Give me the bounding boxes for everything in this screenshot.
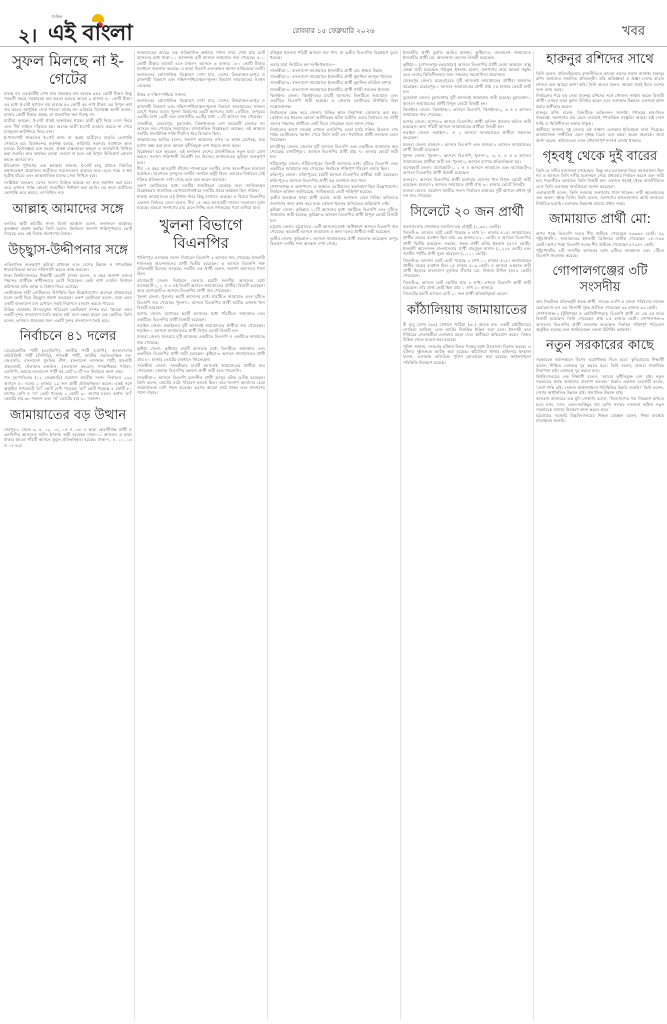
article-paragraph: পুলিশ জানায়, সংঘর্ষের ঘটনায় উভয় পক্ষে…: [403, 344, 531, 365]
column-2: জামায়াতের জয়ের এক ঐতিহাসিক অধ্যায়। গণ…: [137, 50, 265, 1020]
article-paragraph: নির্বাচনের পরে বড় নেতা হারুনুর রশিদের স…: [536, 93, 664, 109]
article-paragraph: যশোর জেলা: যশোরের ছয়টি আসনের মধ্যে পাঁচ…: [137, 311, 265, 322]
article-paragraph: নির্বাচনকে কেন্দ্র করে জেলার বিভিন্ন স্থ…: [270, 110, 398, 126]
article-paragraph: রফিকুল ইসলাম পাঁচটি আসনে জয় পান, যা তৃত…: [270, 50, 398, 61]
article-headline: নতুন সরকারের কাছে: [536, 338, 664, 354]
article-paragraph: ভোটকেন্দ্রে নারী ভোটারদের উপস্থিতি ছিল উ…: [4, 290, 132, 306]
article-paragraph: জামায়াতের জয়ের এক ঐতিহাসিক অধ্যায়। গণ…: [137, 50, 265, 71]
article-paragraph: তৃতীয় অবস্থানে থাকা প্রার্থী বলেন, আমি …: [270, 195, 398, 206]
article-paragraph: সাতক্ষীরা-২ আসনে বিএনপি মনোনীত প্রার্থী …: [137, 375, 265, 396]
dateline: রোববার ১৫ ফেব্রুয়ারি ২০২৬: [0, 25, 667, 37]
article-paragraph: গোপালগঞ্জ ও আশপাশে: এ অঞ্চলে ভোটারদের অং…: [270, 184, 398, 195]
article-paragraph: মাগুরা জেলা: মাগুরার দুটি আসনের একটিতে ব…: [137, 334, 265, 345]
article-paragraph: ইসলামীর প্রার্থী মুফতি আমির হামজা, কুষ্ট…: [403, 50, 531, 61]
article-paragraph: সাতক্ষীরা, মেহেরপুর, চুয়াডাঙ্গা, ঝিনাইদ…: [137, 121, 265, 137]
article-paragraph: নড়াইল জেলা: নড়াইল-১ ও ২ আসনে জামায়াতে…: [403, 130, 531, 141]
article-paragraph: সাতক্ষীরা জেলা: সাতক্ষীরার চারটি আসনেই জ…: [137, 363, 265, 374]
article-headline: উচ্ছ্বাস-উদ্দীপনার সঙ্গে: [4, 243, 132, 259]
article-paragraph: সিলেট-৪: আসনে মোট ভোট পড়েছে ৪ লাখ ৭০ হা…: [403, 230, 531, 256]
article-paragraph: জামায়াতের আমির বলেন, জনগণ আমাদের ওপর যে…: [137, 137, 265, 148]
article-paragraph: বলতির স্থায়ী কমিটির সদস্য মির্জা আব্বাস…: [4, 221, 132, 237]
article-paragraph: সংশ্লিষ্টরা বলছেন, যেসব সমস্যা চিহ্নিত হ…: [4, 180, 132, 196]
article-paragraph: মাগুরা জেলা: মাগুরা-১ আসনে বিএনপি এবং মা…: [403, 142, 531, 153]
article-paragraph: সরকারকে কর্মসংস্থানে বিশেষ অগ্রাধিকার দি…: [536, 357, 664, 373]
article-headline: খুলনা বিভাগে বিএনপির: [137, 216, 265, 252]
article-paragraph: যাচ্ছে না। এরকমটিই দেখা যায় প্রকল্পের ব…: [4, 91, 132, 117]
article-paragraph: চট্টগ্রাম জেলা: চট্টগ্রামের ১৬টি আসনের ম…: [270, 224, 398, 235]
article-headline: কাঁঠালিয়ায় জামায়াতের: [403, 303, 531, 319]
article-paragraph: পটুয়াখালীর ৪টি সংসদীয় আসনের মধ্যে ৩টিত…: [536, 248, 664, 259]
article-paragraph: ঝিনাইদহ জেলা: ঝিনাইদহের চারটি আসনের তিনট…: [270, 93, 398, 109]
article-paragraph: সাতক্ষীরা-৩: বাংলাদেশ জামায়াতে ইসলামীর …: [270, 80, 398, 85]
article-paragraph: বিভিন্ন এলাকায় উৎসবমুখর পরিবেশে ভোটগ্রহ…: [4, 307, 132, 323]
article-paragraph: দীর্ঘ ১৫ বছর আওয়ামী লীগের শাসনামলে দলটি…: [137, 166, 265, 182]
article-paragraph: কাওরান বাজারের এক মুদি দোকানি বলেন, 'নিত…: [536, 396, 664, 412]
article-paragraph: ই-পাসপোর্ট থাকলেও ই-গেট কাজ না করায় যাত…: [4, 135, 132, 161]
article-paragraph: এবার যারা নির্বাচিত হন সংক্ষিপ্তভাবে—: [270, 62, 398, 67]
article-paragraph: শরীয়তপুর জেলা: শরীয়তপুরের তিনটি আসনের …: [270, 161, 398, 172]
article-headline: গোপালগঞ্জের ৩টি সংসদীয়: [536, 264, 664, 296]
article-headline: সিলেটে ২০ জন প্রার্থী: [403, 205, 531, 221]
article-paragraph: গোপালগঞ্জ-২ (টুঙ্গিপাড়া ও কোটালীপাড়া):…: [536, 311, 664, 332]
article-paragraph: ফরিদপুর জেলা: ফরিদপুরের চারটি আসনে বিএনপ…: [270, 172, 398, 183]
article-headline: হারুনুর রশিদের সাথে: [536, 52, 664, 68]
article-paragraph: চুয়াডাঙ্গা জেলা: চুয়াডাঙ্গার দুটি আসনে…: [403, 95, 531, 106]
article-paragraph: যাত্রীরা বলছেন, ই-গেট প্রায়ই অকার্যকর থ…: [4, 118, 132, 134]
article-paragraph: যশোর জেলা: যশোর-৩ আসনে বিএনপির প্রার্থী …: [403, 119, 531, 130]
section-name: খবর: [622, 22, 645, 43]
article-paragraph: তৃতীয় জেলা: কুড়িগ্রাম-১ আসনে জামায়াতে…: [270, 236, 398, 247]
column-5: হারুনুর রশিদের সাথেতিনি বলেন, প্রতিদ্বন্…: [536, 50, 664, 1020]
article-paragraph: বিশ্ববিদ্যালয়ের এক শিক্ষার্থী বলেন, 'আম…: [536, 374, 664, 395]
column-4: ইসলামীর প্রার্থী মুফতি আমির হামজা, কুষ্ট…: [403, 50, 531, 1020]
article-headline: জামায়াত প্রার্থী মো:: [536, 212, 664, 228]
article-paragraph: সাতক্ষীরা-২: বাংলাদেশ জামায়াতে ইসলামীর …: [270, 74, 398, 79]
article-paragraph: চট্টগ্রামের সরকারি উচ্চবিদ্যালয়ের শিক্ষ…: [536, 413, 664, 424]
article-paragraph: মাগুরা জেলা: ত্রয়োদশ জাতীয় সংসদ নির্বা…: [403, 188, 531, 199]
column-3: রফিকুল ইসলাম পাঁচটি আসনে জয় পান, যা তৃত…: [270, 50, 398, 1020]
article-paragraph: সাতক্ষীরা-৪: বাংলাদেশ জামায়াতে ইসলামীর …: [270, 87, 398, 92]
article-paragraph: এলাকাবাসী বলেন, তিনি সবসময় জনগণের পাশে …: [536, 190, 664, 206]
article-paragraph: খালিশপুর এলাকায় সংসদ নির্বাচনে বিএনপি ৩…: [137, 255, 265, 276]
article-paragraph: ডেমোক্রেটিক পার্টি (এলডিপি), জাতীয় পার্…: [4, 348, 132, 374]
article-paragraph: ইমিগ্রেশন পুলিশের এক কর্মকর্তা জানান, ই-…: [4, 163, 132, 179]
article-paragraph: হারুনুর রশিদ বলেন, বিজয়ীকে অভিনন্দন জান…: [536, 110, 664, 126]
article-paragraph: কুমিল্লা জেলা: কুমিল্লার ১১টি আসনের মধ্য…: [270, 207, 398, 223]
article-paragraph: মাগুরা-১ আসনে বিএনপির প্রার্থী মনোয়ার হ…: [403, 177, 531, 188]
article-paragraph: ঝিনাইদহ জেলা: ঝিনাইদহ-১ আসনে বিএনপি, ঝিন…: [403, 107, 531, 118]
article-paragraph: ফলাফলের ভৌগোলিক বিশ্লেষণে দেখা যায়, দেশ…: [137, 72, 265, 88]
article-paragraph: এতিহাসিক গুরুত্বপূর্ণ ভূমিকা রাখবেন এবং …: [4, 262, 132, 273]
article-paragraph: গত বৃহস্পতিবার (১২ ফেব্রুয়ারি) ত্রয়োদশ…: [4, 375, 132, 401]
article-headline: আল্লাহ আমাদের সঙ্গে: [4, 202, 132, 218]
article-paragraph: খুলনা জেলা: খুলনা-১ আসনে বিএনপি, খুলনা-২…: [403, 153, 531, 164]
article-paragraph: সিলেটের ছয়টি আসনে মোট ২০ জন প্রার্থী প্…: [403, 291, 531, 296]
article-headline: নির্বাচনে ৪১ দলের: [4, 329, 132, 345]
article-paragraph: অপর পক্ষে বিএনপি দলের শীষ প্রতীকে পেয়েছ…: [536, 231, 664, 247]
article-paragraph: কুষ্টিয়া-১ (দৌলতপুর-ভেড়ামারা) আসনে বিএ…: [403, 62, 531, 78]
article-headline: গৃহবধূ থেকে দুই বারের: [536, 149, 664, 165]
article-paragraph: উত্তর ও দক্ষিণ-পশ্চিমে সাফল্য: [137, 92, 265, 97]
article-paragraph: স্থানীয়রা জানান, দুই নেতার এই সাক্ষাৎ এ…: [536, 127, 664, 143]
article-paragraph: সিলেট-৬: আসনে মোট ভোটার প্রায় ৪ লাখ। এখ…: [403, 280, 531, 291]
masthead: ২। দৈনিক এই বাংলা রোববার ১৫ ফেব্রুয়ারি …: [0, 0, 667, 47]
article-paragraph: মেহেরপুর জেলা: মেহেরপুরের দুটি আসনেই জাম…: [403, 78, 531, 94]
column-divider: [533, 50, 534, 1020]
article-headline: জামায়াতের বড় উত্থান: [4, 408, 132, 424]
article-paragraph: মাদারীপুর জেলা: জেলার দুটি আসনে বিএনপি এ…: [270, 144, 398, 160]
column-divider: [400, 50, 401, 1020]
article-paragraph: শেরপুর-১ থেকে ৩, ৫, ১২, ১৪, ১৫ ও ১৬। এ ছ…: [4, 427, 132, 448]
article-paragraph: খুলনা জেলা: খুলনার ছয়টি আসনের মধ্যে চার…: [137, 294, 265, 310]
column-1: সুফল মিলছে না ই-গেটেরযাচ্ছে না। এরকমটিই …: [4, 50, 132, 1020]
column-divider: [134, 50, 135, 1020]
article-paragraph: ফলাফলের ভৌগোলিক বিশ্লেষণে দেখা যায়, দেশ…: [137, 98, 265, 119]
article-paragraph: বাংলাদেশের খেলাফত মজলিস হক চৌধুরী (১,৩৯১…: [403, 224, 531, 229]
article-paragraph: নির্বাচনের আগে থেকেই এখানে এনসিপির নেতা …: [270, 127, 398, 143]
article-paragraph: নড়াইল জেলা: নড়াইলের দুটি আসনেই জামায়া…: [137, 323, 265, 334]
article-paragraph: সিলেট-৫: আসনে মোট ভোট পড়েছে ২ লাখ ১১ হা…: [403, 258, 531, 279]
article-paragraph: ঢাকায় জামায়াতের এই উত্থান নিয়ে কিছু ব…: [137, 194, 265, 210]
article-paragraph: ঢাকা বিশ্ববিদ্যালয়ের শিক্ষার্থী মেহেদী …: [4, 273, 132, 289]
article-paragraph: বিশ্লেষকরা মনে করছেন, এই ফলাফল দেশের রাজ…: [137, 149, 265, 165]
article-paragraph: তার নিকটতম প্রতিদ্বন্দ্বী স্বতন্ত্র প্রা…: [536, 299, 664, 310]
column-divider: [267, 50, 268, 1020]
article-paragraph: তিনি যে দলীয় মনোনয়ন পেয়েছেন, কিন্তু ত…: [536, 168, 664, 189]
article-paragraph: সাতক্ষীরা-১: বাংলাদেশ জামায়াতে ইসলামীর …: [270, 68, 398, 73]
article-paragraph: কুষ্টিয়া জেলা: কুষ্টিয়ার চারটি আসনের ম…: [137, 346, 265, 362]
article-paragraph: তরুণ ভোটারদের মধ্যে দলটির জনপ্রিয়তা বেড…: [137, 183, 265, 194]
article-paragraph: রী রাবু বেগম (৩৬) সেখানে পাঠিয়া (৩০) আহ…: [403, 322, 531, 343]
article-paragraph: বাগেরহাট জেলা: নির্বাচনে জেলার চারটি সংস…: [137, 278, 265, 294]
article-paragraph: বাগেরহাট জেলা: বাগেরহাট-১, ২ ও ৪ আসনে জা…: [403, 165, 531, 176]
article-headline: সুফল মিলছে না ই-গেটের: [4, 52, 132, 88]
article-paragraph: তিনি বলেন, প্রতিদ্বন্দ্বিতার রাজনীতিতে আ…: [536, 71, 664, 92]
